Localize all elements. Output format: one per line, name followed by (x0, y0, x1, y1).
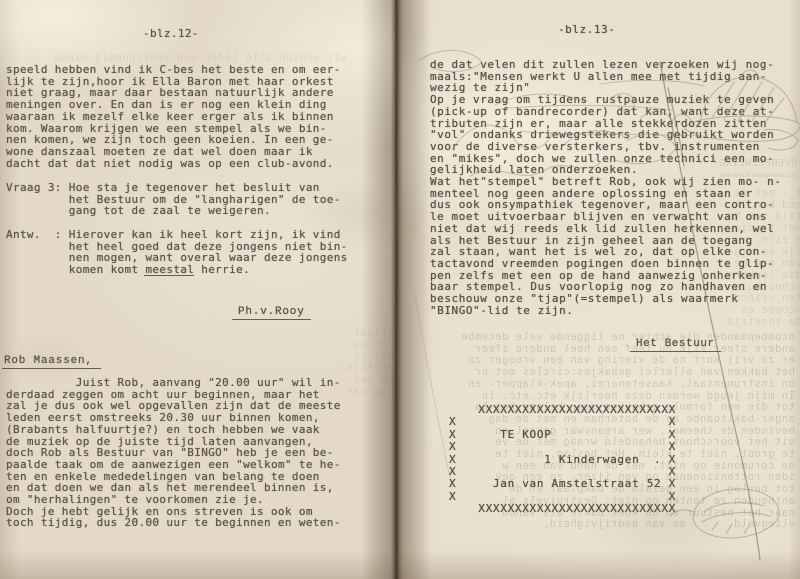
page-number-right: -blz.13- (558, 24, 615, 36)
signature-ph-v-rooy: Ph.v.Rooy (232, 306, 311, 320)
paragraph-reply-to-rob: Juist Rob, aanvang "20.00 uur" wil in- d… (6, 377, 341, 529)
body-text-right: de dat velen dit zullen lezen verzoeken … (430, 59, 781, 316)
page-number-left: -blz.12- (143, 28, 199, 40)
answer-block: Antw. : Hierover kan ik heel kort zijn, … (6, 229, 348, 276)
closing-het-bestuur: Het Bestuur (630, 338, 721, 352)
paragraph-interview-answer: speeld hebben vind ik C-bes het beste en… (6, 64, 341, 169)
meestal-underline (144, 275, 194, 276)
section-heading-rob-maassen: Rob Maassen, (2, 355, 101, 369)
for-sale-ad-box: XXXXXXXXXXXXXXXXXXXXXXXXXXX X X X TE KOO… (449, 404, 676, 516)
scanned-newsletter-spread: wij wensen alle leden een voorspoedig ni… (0, 0, 800, 579)
page-left: wij wensen alle leden een voorspoedig ni… (0, 0, 397, 579)
question-3-block: Vraag 3: Hoe sta je tegenover het beslui… (6, 182, 341, 217)
page-right: OVERPEINZING ============ t - met de end… (397, 0, 800, 579)
